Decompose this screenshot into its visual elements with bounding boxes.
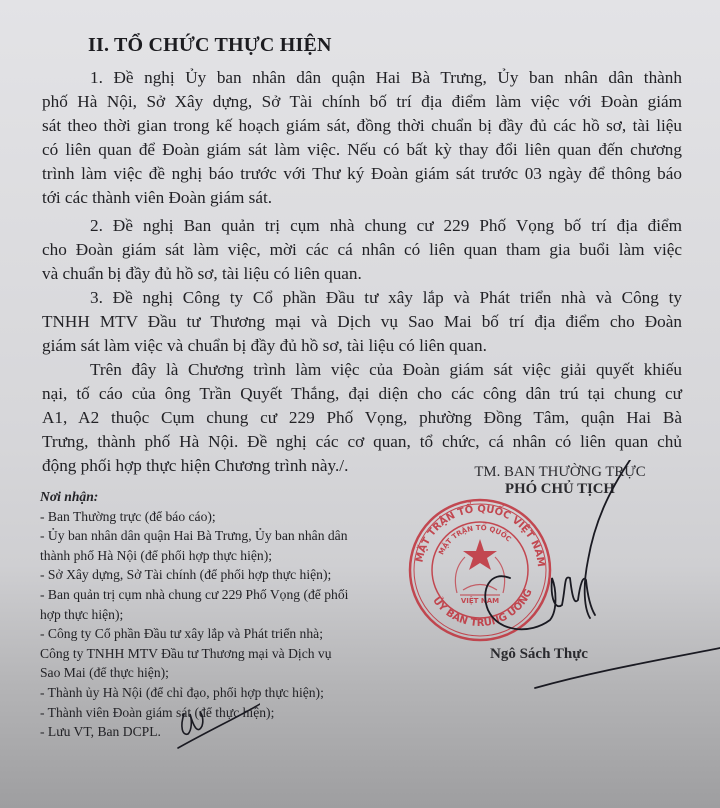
- recipient-item: - Công ty Cổ phần Đầu tư xây lắp và Phát…: [40, 624, 385, 644]
- recipient-item: hợp thực hiện);: [40, 605, 385, 625]
- text-line: phố Hà Nội, Sở Xây dựng, Sở Tài chính bố…: [42, 90, 682, 114]
- official-stamp-icon: MẶT TRẬN TỔ QUỐC VIỆT NAM MẶT TRẬN TỔ QU…: [405, 495, 555, 645]
- text-line: Trưng, thành phố Hà Nội. Đề nghị các cơ …: [42, 430, 682, 454]
- signer-name: Ngô Sách Thực: [490, 646, 588, 663]
- text-line: sát theo thời gian trong kế hoạch giám s…: [42, 114, 682, 138]
- paragraph-2: 2. Đề nghị Ban quản trị cụm nhà chung cư…: [42, 214, 682, 286]
- recipient-item: - Lưu VT, Ban DCPL.: [40, 722, 385, 742]
- text-line: cho Đoàn giám sát làm việc, mời các cá n…: [42, 238, 682, 262]
- recipient-item: - Ban Thường trực (để báo cáo);: [40, 507, 385, 527]
- recipient-item: Sao Mai (để thực hiện);: [40, 663, 385, 683]
- text-line: 2. Đề nghị Ban quản trị cụm nhà chung cư…: [42, 214, 682, 238]
- recipient-item: - Thành ủy Hà Nội (để chỉ đạo, phối hợp …: [40, 683, 385, 703]
- recipients-title: Nơi nhận:: [40, 487, 385, 507]
- signer-title: PHÓ CHỦ TỊCH: [430, 481, 690, 498]
- text-line: A1, A2 thuộc Cụm chung cư 229 Phố Vọng, …: [42, 406, 682, 430]
- recipient-item: Công ty TNHH MTV Đầu tư Thương mại và Dị…: [40, 644, 385, 664]
- stamp-band-text: VIỆT NAM: [461, 596, 499, 605]
- text-line: nại, tố cáo của ông Trần Quyết Thắng, đạ…: [42, 382, 682, 406]
- document-page: II. TỔ CHỨC THỰC HIỆN 1. Đề nghị Ủy ban …: [0, 0, 720, 808]
- text-line: 3. Đề nghị Công ty Cổ phần Đầu tư xây lắ…: [42, 286, 682, 310]
- section-heading: II. TỔ CHỨC THỰC HIỆN: [88, 34, 332, 57]
- recipients-list: Nơi nhận: - Ban Thường trực (để báo cáo)…: [40, 487, 385, 742]
- recipient-item: thành phố Hà Nội (để phối hợp thực hiện)…: [40, 546, 385, 566]
- text-line: có liên quan để Đoàn giám sát làm việc. …: [42, 138, 682, 162]
- recipient-item: - Ủy ban nhân dân quận Hai Bà Trưng, Ủy …: [40, 526, 385, 546]
- signature-block: TM. BAN THƯỜNG TRỰC PHÓ CHỦ TỊCH: [430, 464, 690, 498]
- paragraph-3: 3. Đề nghị Công ty Cổ phần Đầu tư xây lắ…: [42, 286, 682, 358]
- recipient-item: - Ban quản trị cụm nhà chung cư 229 Phố …: [40, 585, 385, 605]
- text-line: và chuẩn bị đầy đủ hồ sơ, tài liệu có li…: [42, 262, 682, 286]
- paragraph-1: 1. Đề nghị Ủy ban nhân dân quận Hai Bà T…: [42, 66, 682, 210]
- text-line: tới các thành viên Đoàn giám sát.: [42, 186, 682, 210]
- signing-organization: TM. BAN THƯỜNG TRỰC: [430, 464, 690, 481]
- recipient-item: - Thành viên Đoàn giám sát (để thực hiện…: [40, 703, 385, 723]
- text-line: TNHH MTV Đầu tư Thương mại và Dịch vụ Sa…: [42, 310, 682, 334]
- closing-paragraph: Trên đây là Chương trình làm việc của Đo…: [42, 358, 682, 478]
- text-line: giám sát làm việc và chuẩn bị đầy đủ hồ …: [42, 334, 682, 358]
- text-line: Trên đây là Chương trình làm việc của Đo…: [42, 358, 682, 382]
- text-line: trình làm việc đề nghị báo trước với Thư…: [42, 162, 682, 186]
- text-line: 1. Đề nghị Ủy ban nhân dân quận Hai Bà T…: [42, 66, 682, 90]
- recipient-item: - Sở Xây dựng, Sở Tài chính (để phối hợp…: [40, 565, 385, 585]
